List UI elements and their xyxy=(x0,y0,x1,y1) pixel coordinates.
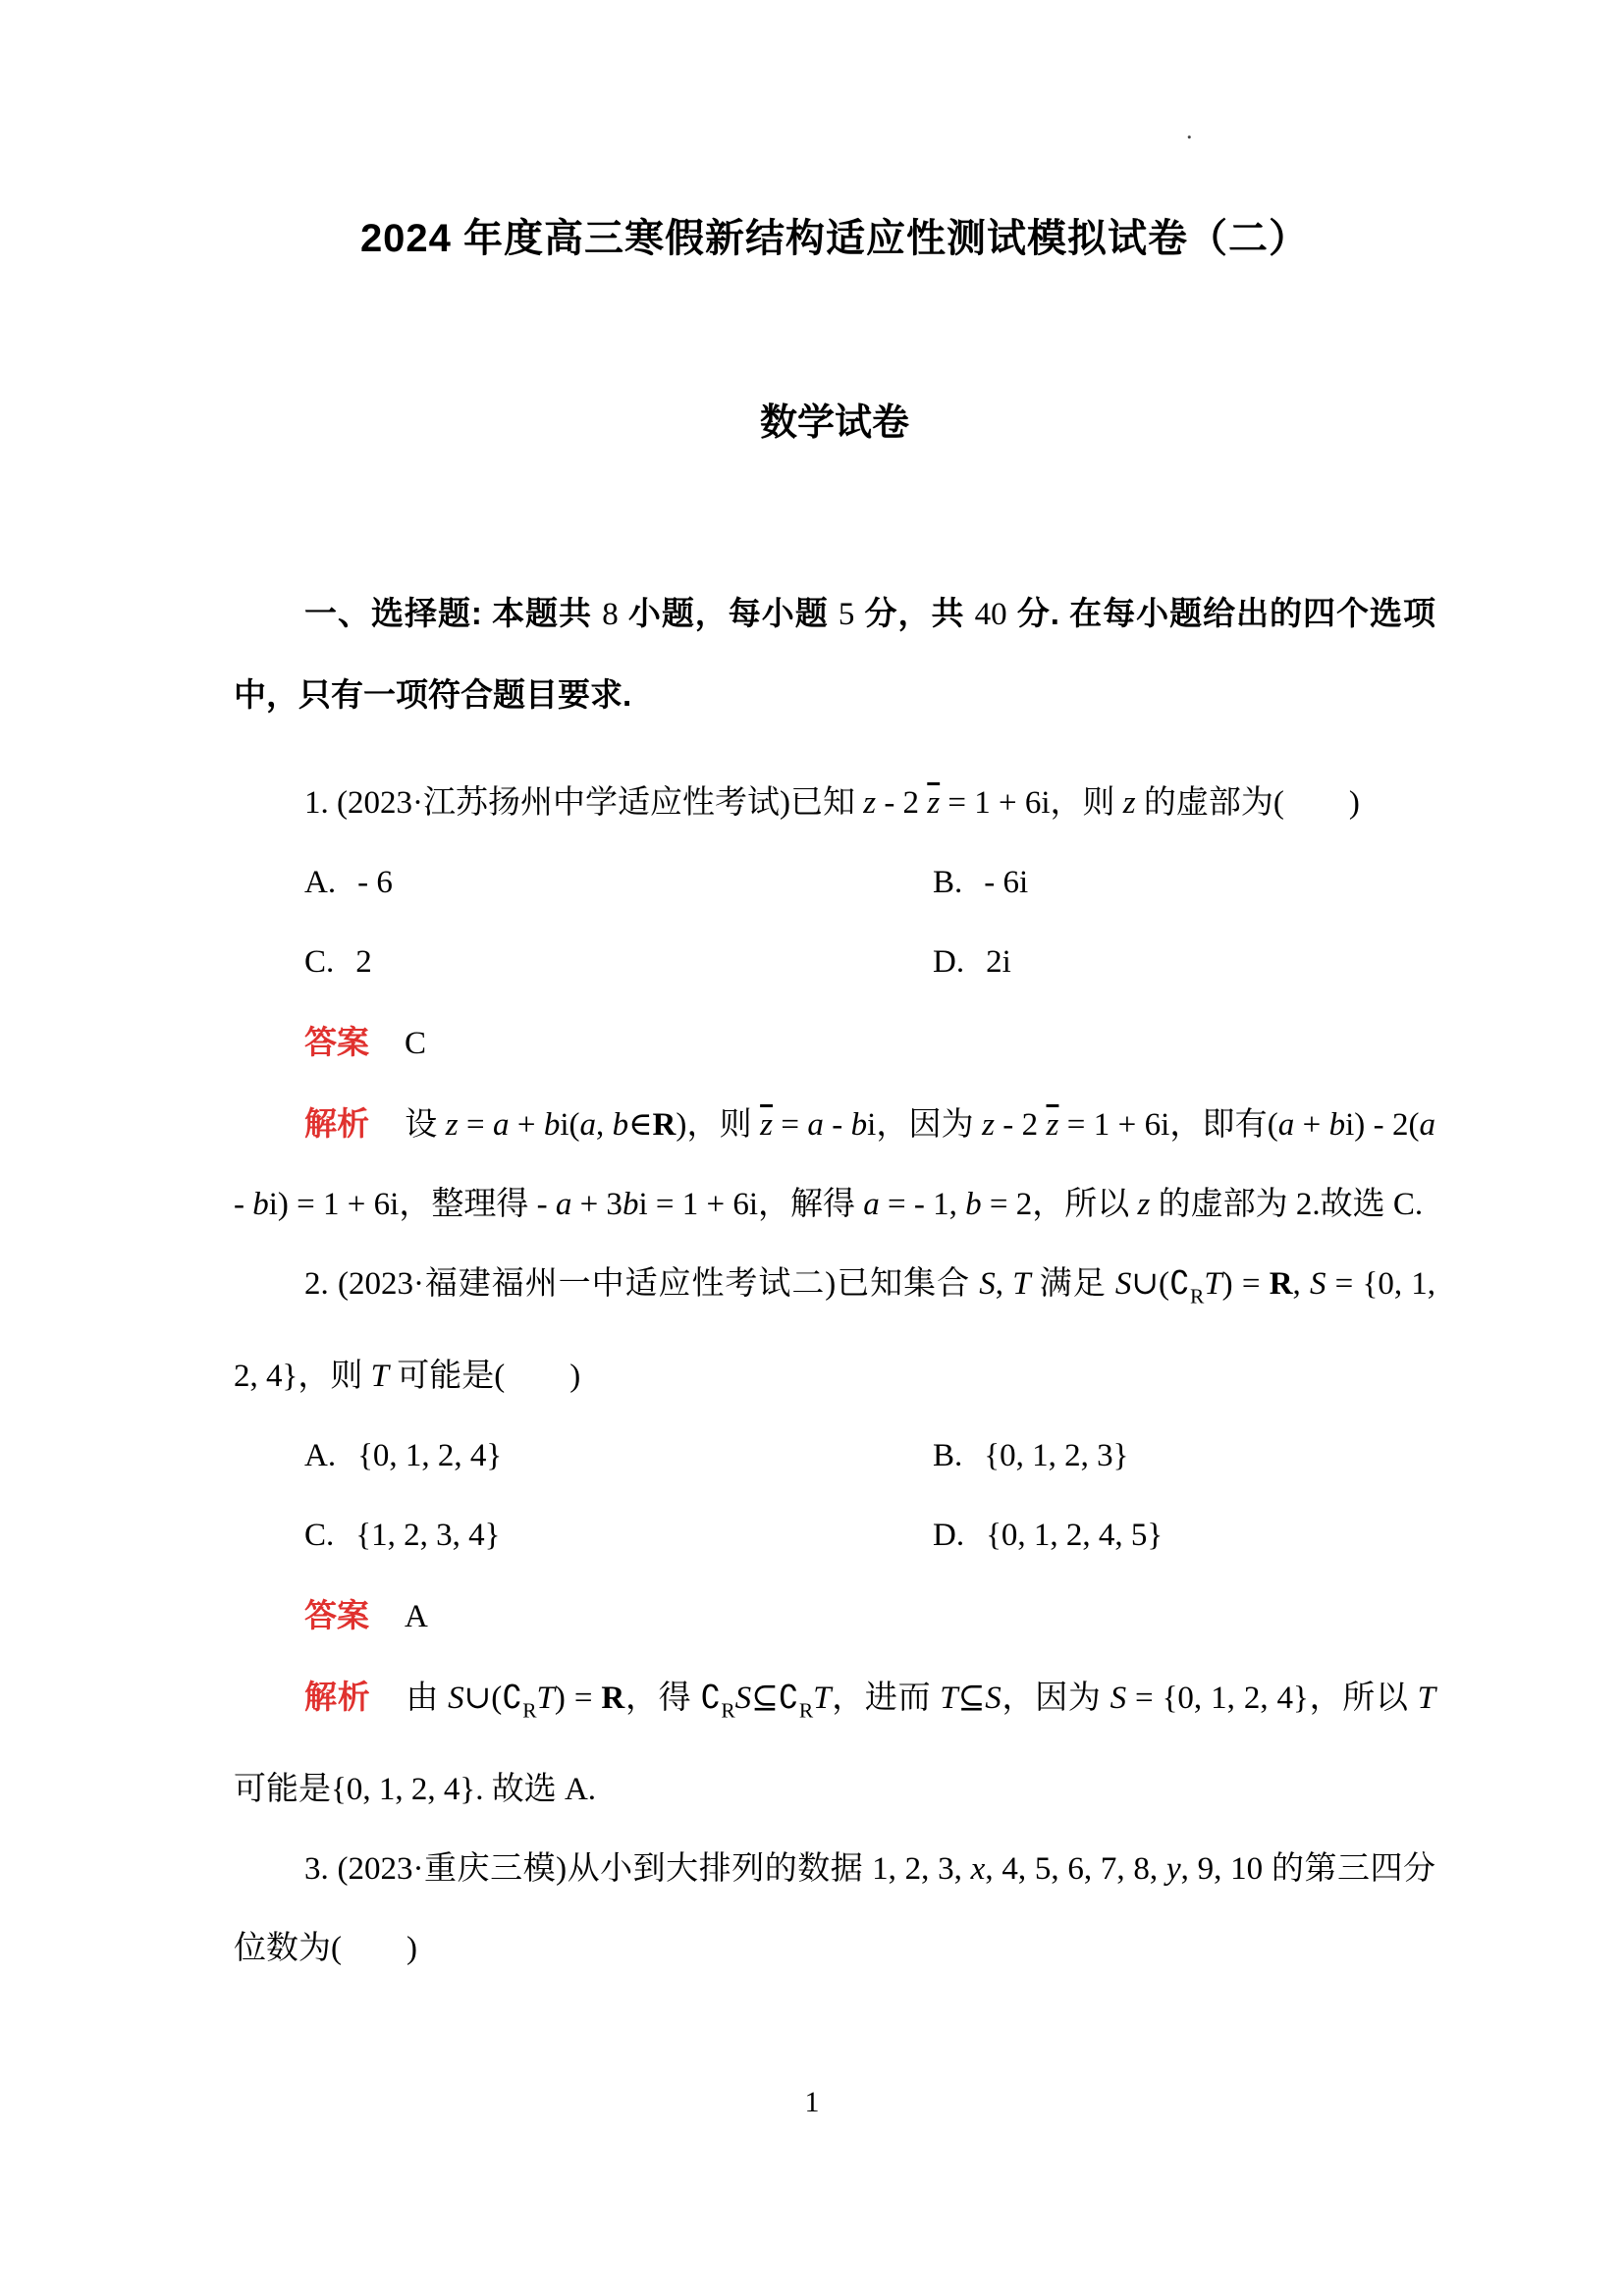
question-2-options-row-2: C.{1, 2, 3, 4} D.{0, 1, 2, 4, 5} xyxy=(234,1496,1435,1575)
question-1-option-a: A.- 6 xyxy=(304,843,933,923)
question-1-option-c: C.2 xyxy=(304,923,933,1002)
page-number: 1 xyxy=(0,2083,1624,2122)
answer-label: 答案 xyxy=(304,1597,369,1633)
answer-label: 答案 xyxy=(304,1024,369,1060)
question-2-solution: 解析由 S∪(∁RT) = R，得 ∁RS⊆∁RT，进而 T⊆S，因为 S = … xyxy=(234,1657,1435,1831)
option-d-text: {0, 1, 2, 4, 5} xyxy=(986,1518,1163,1553)
question-2-option-d: D.{0, 1, 2, 4, 5} xyxy=(933,1496,1163,1575)
option-c-text: 2 xyxy=(355,944,372,980)
question-2-answer-value: A xyxy=(405,1599,428,1634)
question-1-option-b: B.- 6i xyxy=(933,843,1028,923)
question-1-answer-value: C xyxy=(405,1026,426,1061)
question-1-solution-text: 设 z = a + bi(a, b∈R)，则 z = a - bi，因为 z -… xyxy=(234,1107,1435,1222)
option-c-label: C. xyxy=(304,1518,334,1553)
option-c-text: {1, 2, 3, 4} xyxy=(355,1518,500,1553)
solution-label: 解析 xyxy=(304,1679,370,1715)
doc-subtitle: 数学试卷 xyxy=(234,400,1435,446)
question-2-options-row-1: A.{0, 1, 2, 4} B.{0, 1, 2, 3} xyxy=(234,1416,1435,1496)
option-b-label: B. xyxy=(933,865,962,900)
doc-body: 一、选择题: 本题共 8 小题，每小题 5 分，共 40 分. 在每小题给出的四… xyxy=(234,573,1435,1989)
option-b-label: B. xyxy=(933,1438,962,1473)
document-content: 2024 年度高三寒假新结构适应性测试模拟试卷（二） 数学试卷 一、选择题: 本… xyxy=(234,0,1435,1989)
question-1-option-d: D.2i xyxy=(933,923,1011,1002)
question-1-options-row-2: C.2 D.2i xyxy=(234,923,1435,1002)
option-a-text: {0, 1, 2, 4} xyxy=(357,1438,502,1473)
option-d-text: 2i xyxy=(986,944,1011,980)
question-2-option-c: C.{1, 2, 3, 4} xyxy=(304,1496,933,1575)
option-d-label: D. xyxy=(933,944,964,980)
option-d-label: D. xyxy=(933,1518,964,1553)
option-a-label: A. xyxy=(304,1438,336,1473)
question-2-solution-text: 由 S∪(∁RT) = R，得 ∁RS⊆∁RT，进而 T⊆S，因为 S = {0… xyxy=(234,1681,1435,1808)
doc-title: 2024 年度高三寒假新结构适应性测试模拟试卷（二） xyxy=(234,214,1435,263)
question-3-stem: 3. (2023·重庆三模)从小到大排列的数据 1, 2, 3, x, 4, 5… xyxy=(234,1830,1435,1989)
question-2-option-b: B.{0, 1, 2, 3} xyxy=(933,1416,1128,1496)
question-1-solution: 解析设 z = a + bi(a, b∈R)，则 z = a - bi，因为 z… xyxy=(234,1084,1435,1245)
section-one-heading: 一、选择题: 本题共 8 小题，每小题 5 分，共 40 分. 在每小题给出的四… xyxy=(234,573,1435,736)
question-2-answer-row: 答案A xyxy=(234,1575,1435,1657)
solution-label: 解析 xyxy=(304,1105,369,1142)
question-1-stem: 1. (2023·江苏扬州中学适应性考试)已知 z - 2 z = 1 + 6i… xyxy=(234,764,1435,843)
question-1-answer-row: 答案C xyxy=(234,1002,1435,1084)
option-c-label: C. xyxy=(304,944,334,980)
question-2-stem: 2. (2023·福建福州一中适应性考试二)已知集合 S, T 满足 S∪(∁R… xyxy=(234,1245,1435,1416)
question-2-option-a: A.{0, 1, 2, 4} xyxy=(304,1416,933,1496)
option-b-text: {0, 1, 2, 3} xyxy=(984,1438,1128,1473)
exam-document-page: . 2024 年度高三寒假新结构适应性测试模拟试卷（二） 数学试卷 一、选择题:… xyxy=(0,0,1624,2296)
option-a-text: - 6 xyxy=(357,865,393,900)
option-a-label: A. xyxy=(304,865,336,900)
option-b-text: - 6i xyxy=(984,865,1028,900)
question-1-options-row-1: A.- 6 B.- 6i xyxy=(234,843,1435,923)
